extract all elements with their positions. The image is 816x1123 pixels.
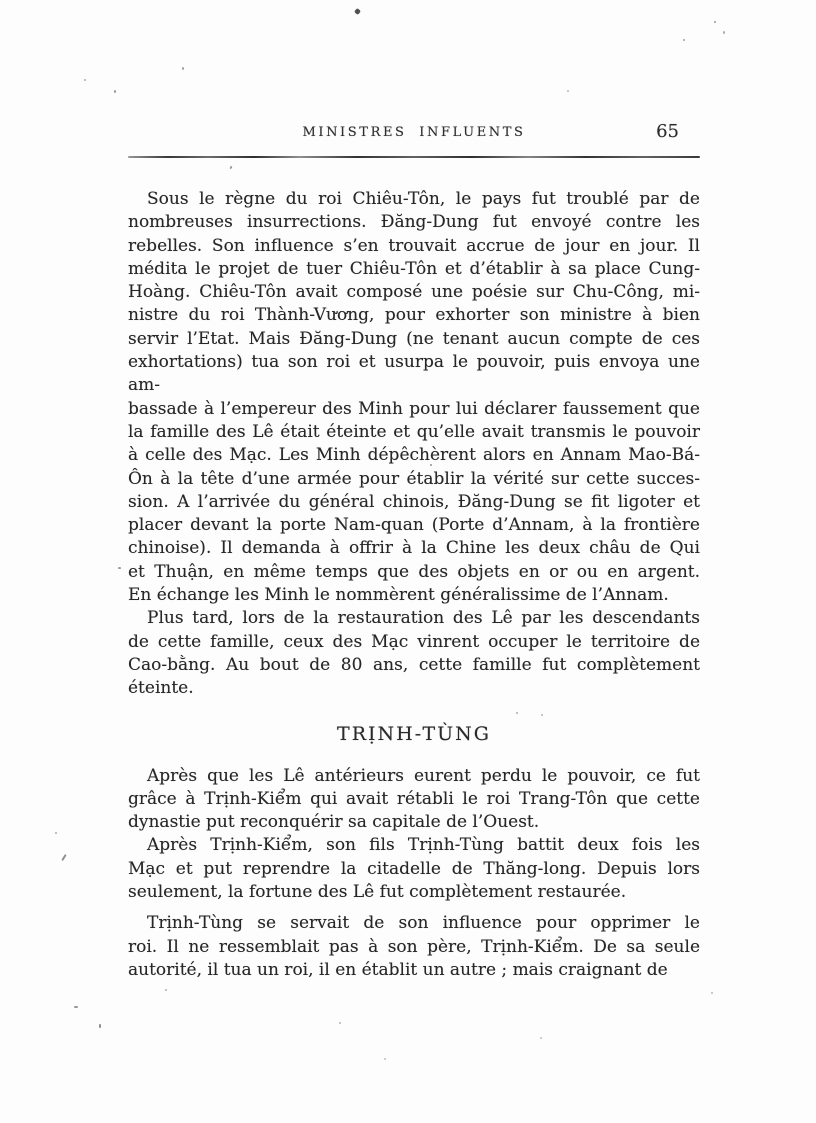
text-line: Trịnh-Tùng se servait de son influence p… (128, 912, 700, 935)
scan-speck (84, 79, 86, 81)
scan-speck (384, 1058, 386, 1060)
scan-speck (540, 1037, 542, 1039)
text-line: placer devant la porte Nam-quan (Porte d… (128, 514, 700, 537)
text-line: exhortations) tua son roi et usurpa le p… (128, 351, 700, 398)
text-line: Ôn à la tête d’une armée pour établir la… (128, 468, 700, 491)
page-header: MINISTRES INFLUENTS 65 (128, 121, 700, 143)
scan-speck (683, 39, 685, 41)
section-heading: TRỊNH-TÙNG (128, 721, 700, 747)
scan-speck (714, 21, 716, 23)
text-line: autorité, il tua un roi, il en établit u… (128, 959, 700, 982)
scan-speck (430, 464, 432, 466)
text-line: dynastie put reconquérir sa capitale de … (128, 811, 700, 834)
scan-speck (114, 90, 116, 93)
scan-speck (541, 714, 543, 716)
text-line: médita le projet de tuer Chiêu-Tôn et d’… (128, 258, 700, 281)
text-line: bassade à l’empereur des Minh pour lui d… (128, 398, 700, 421)
scan-speck (723, 31, 725, 34)
text-line: de cette famille, ceux des Mạc vinrent o… (128, 631, 700, 654)
scan-speck (354, 8, 361, 15)
page-number: 65 (656, 121, 679, 142)
page-body: Sous le règne du roi Chiêu-Tôn, le pays … (128, 188, 700, 982)
text-line: grâce à Trịnh-Kiểm qui avait rétabli le … (128, 788, 700, 811)
scan-speck (61, 854, 66, 861)
text-line: Mạc et put reprendre la citadelle de Thă… (128, 858, 700, 881)
scan-speck (55, 832, 57, 834)
paragraph: Après que les Lê antérieurs eurent perdu… (128, 765, 700, 835)
header-rule (128, 156, 700, 158)
text-line: En échange les Minh le nommèrent général… (128, 584, 700, 607)
text-line: Sous le règne du roi Chiêu-Tôn, le pays … (128, 188, 700, 211)
text-line: roi. Il ne ressemblait pas à son père, T… (128, 936, 700, 959)
book-page: MINISTRES INFLUENTS 65 Sous le règne du … (0, 0, 816, 1123)
text-line: à celle des Mạc. Les Minh dépêchèrent al… (128, 444, 700, 467)
text-line: servir l’Etat. Mais Đăng-Dung (ne tenant… (128, 328, 700, 351)
paragraph: Sous le règne du roi Chiêu-Tôn, le pays … (128, 188, 700, 607)
text-line: nistre du roi Thành-Vương, pour exhorter… (128, 304, 700, 327)
text-line: éteinte. (128, 677, 700, 700)
paragraph: Plus tard, lors de la restauration des L… (128, 607, 700, 700)
text-line: la famille des Lê était éteinte et qu’el… (128, 421, 700, 444)
text-line: et Thuận, en même temps que des objets e… (128, 561, 700, 584)
text-line: rebelles. Son influence s’en trouvait ac… (128, 235, 700, 258)
text-line: Cao-bằng. Au bout de 80 ans, cette famil… (128, 654, 700, 677)
text-line: nombreuses insurrections. Đăng-Dung fut … (128, 211, 700, 234)
paragraph: Trịnh-Tùng se servait de son influence p… (128, 912, 700, 982)
text-line: Hoàng. Chiêu-Tôn avait composé une poési… (128, 281, 700, 304)
running-title: MINISTRES INFLUENTS (128, 125, 700, 140)
text-line: Après que les Lê antérieurs eurent perdu… (128, 765, 700, 788)
scan-speck (99, 1024, 101, 1028)
scan-speck (182, 67, 184, 70)
text-line: seulement, la fortune des Lê fut complèt… (128, 881, 700, 904)
scan-speck (339, 1022, 341, 1024)
scan-speck (516, 712, 518, 714)
text-line: Après Trịnh-Kiểm, son fils Trịnh-Tùng ba… (128, 834, 700, 857)
text-line: chinoise). Il demanda à offrir à la Chin… (128, 537, 700, 560)
text-line: sion. A l’arrivée du général chinois, Đă… (128, 491, 700, 514)
text-column: MINISTRES INFLUENTS 65 Sous le règne du … (128, 121, 700, 982)
paragraph: Après Trịnh-Kiểm, son fils Trịnh-Tùng ba… (128, 834, 700, 904)
scan-speck (74, 1006, 78, 1008)
scan-speck (118, 567, 121, 569)
scan-speck (165, 989, 167, 991)
text-line: Plus tard, lors de la restauration des L… (128, 607, 700, 630)
scan-speck (567, 90, 569, 92)
scan-speck (711, 992, 713, 994)
